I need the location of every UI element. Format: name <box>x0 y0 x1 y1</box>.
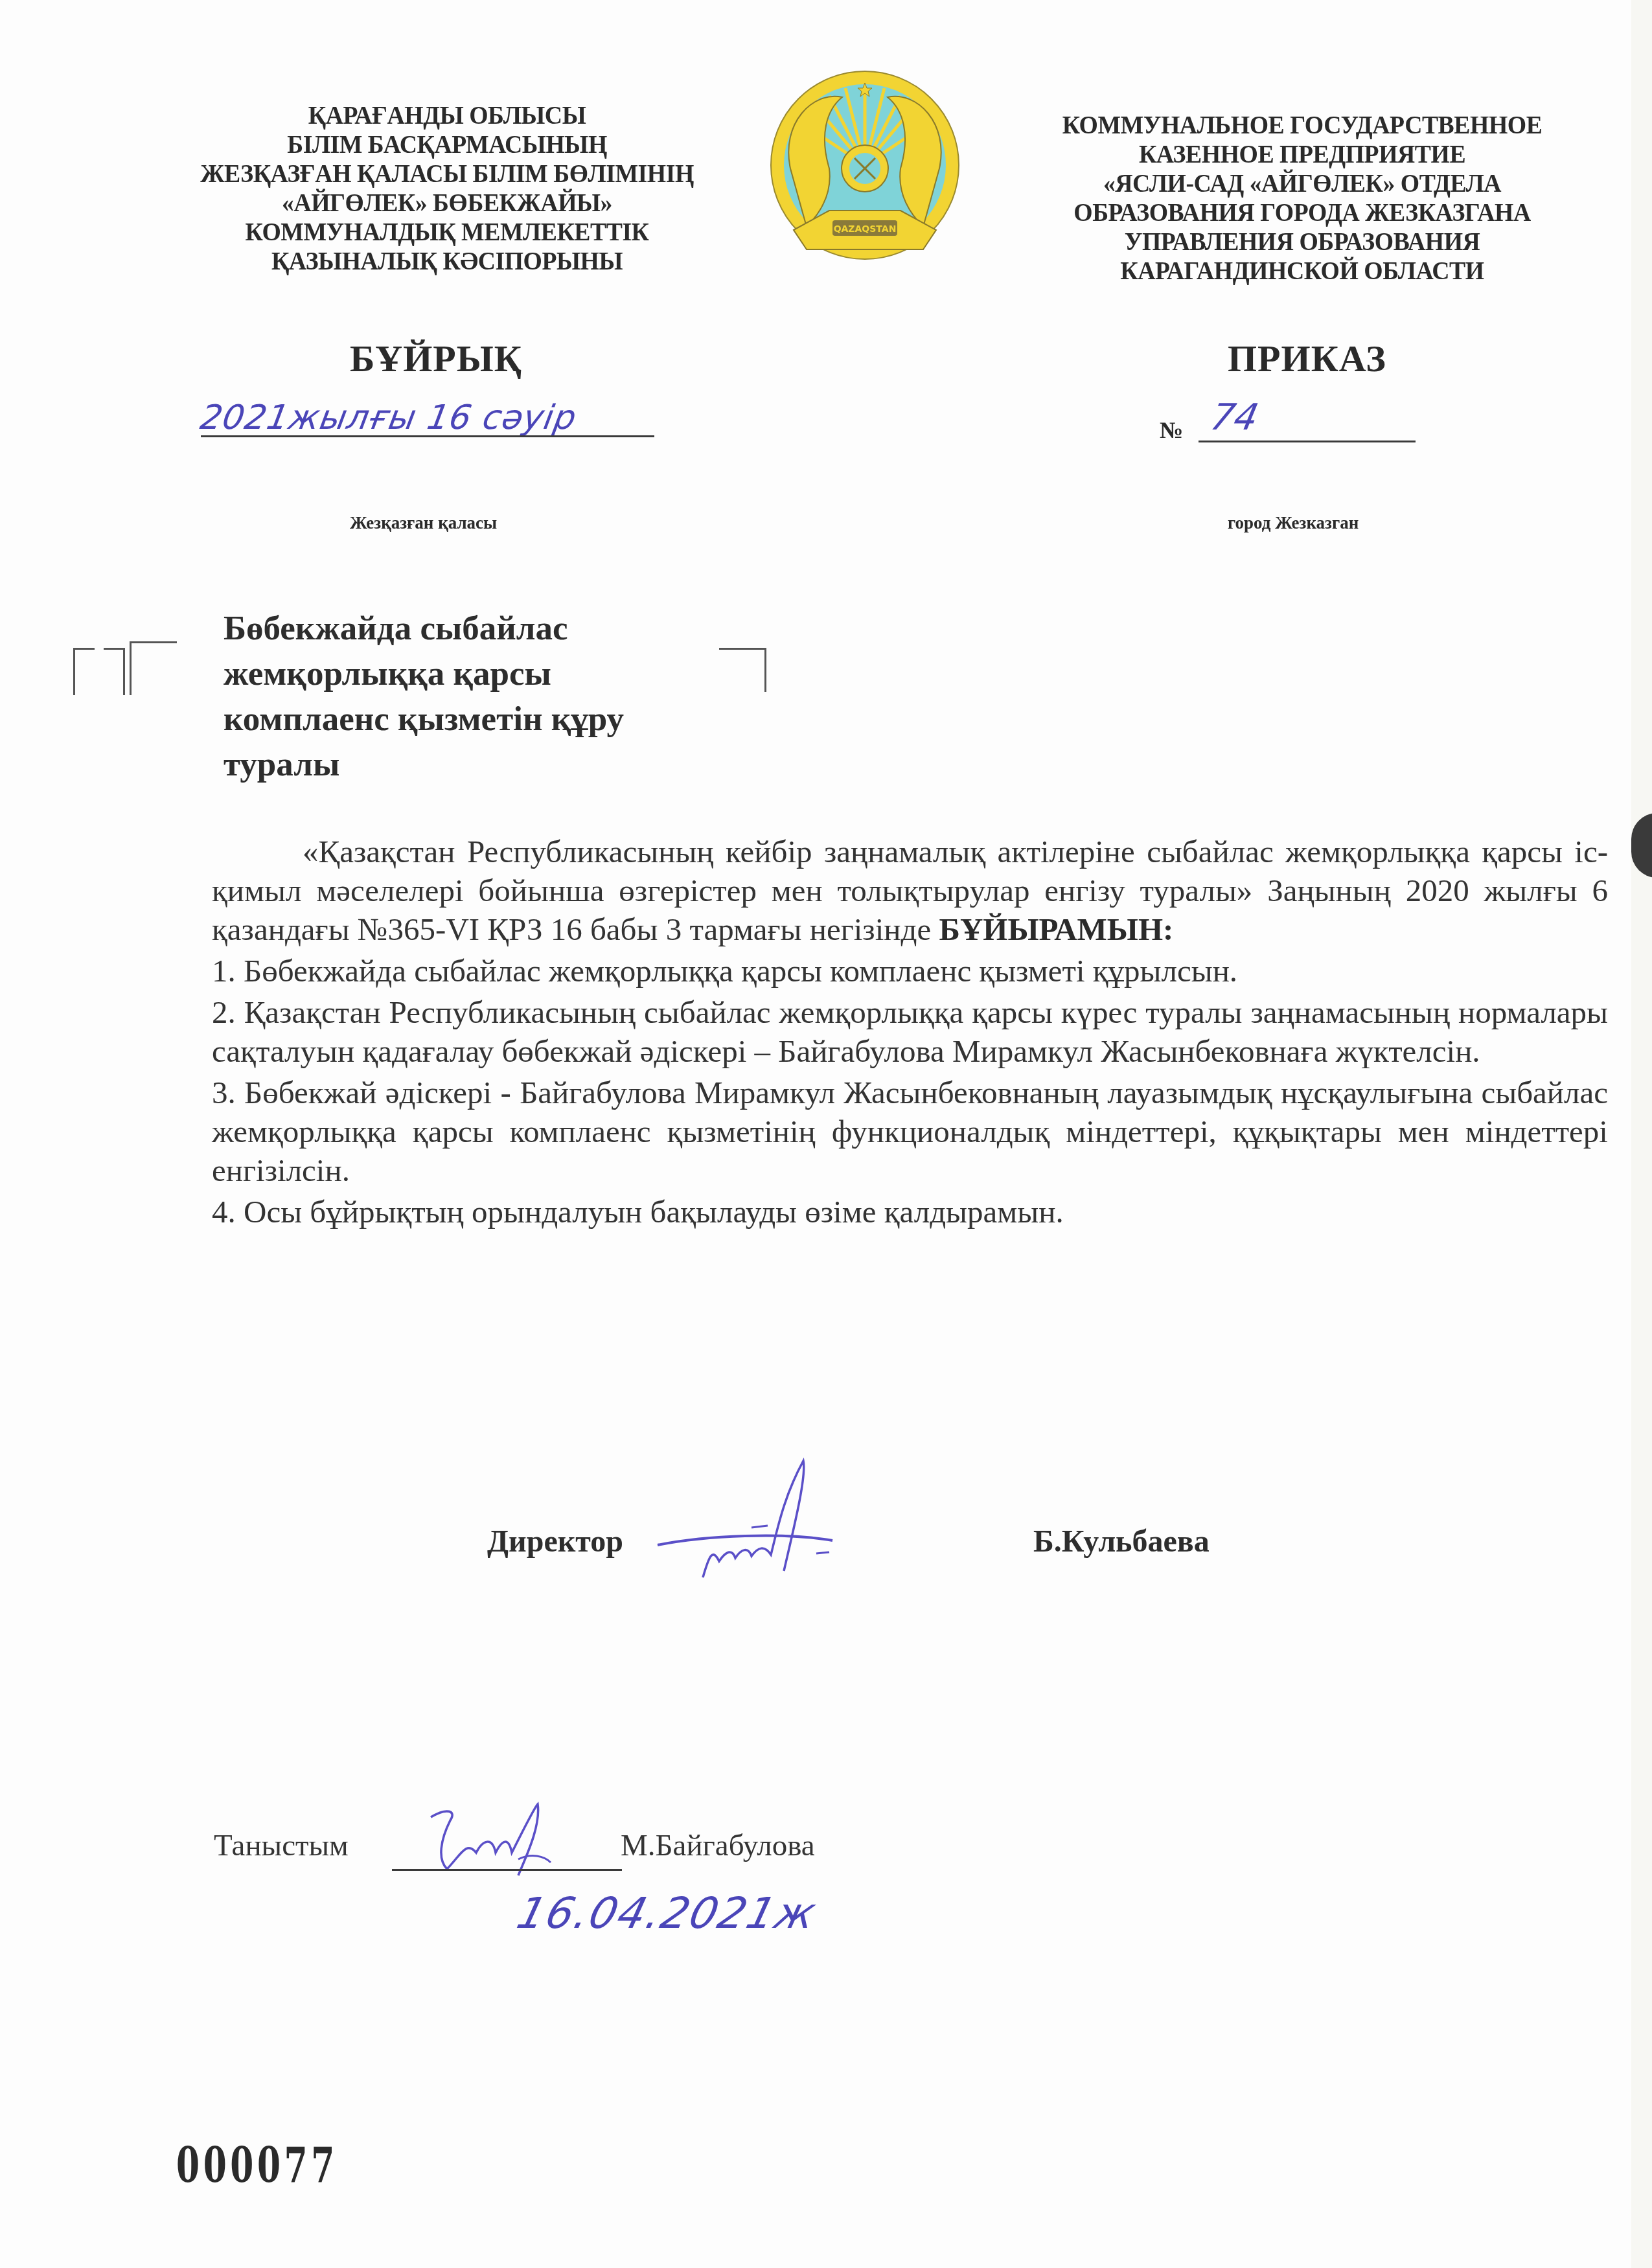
org-header-line: ЖЕЗҚАЗҒАН ҚАЛАСЫ БІЛІМ БӨЛІМІНІҢ <box>179 159 715 188</box>
acknowledgement-underline <box>392 1869 622 1871</box>
org-header-line: БІЛІМ БАСҚАРМАСЫНЫҢ <box>179 130 715 159</box>
org-header-line: КОММУНАЛДЫҚ МЕМЛЕКЕТТІК <box>179 217 715 246</box>
order-item: 3. Бөбекжай әдіскері - Байгабулова Мирам… <box>212 1073 1608 1190</box>
order-subject: Бөбекжайда сыбайлас жемқорлыққа қарсы ко… <box>224 606 755 787</box>
document-title-russian: ПРИКАЗ <box>1228 337 1386 380</box>
order-item: 2. Қазақстан Республикасының сыбайлас же… <box>212 993 1608 1071</box>
acknowledgement-label: Таныстым <box>214 1828 349 1863</box>
form-serial-number: 000077 <box>176 2138 338 2194</box>
number-label: № <box>1160 417 1183 444</box>
city-kazakh: Жезқазған қаласы <box>350 513 497 533</box>
handwritten-order-number: 74 <box>1207 396 1262 439</box>
date-underline <box>201 435 654 437</box>
city-russian: город Жезказган <box>1228 513 1359 533</box>
subject-line: туралы <box>224 742 755 787</box>
subject-bracket-mark <box>130 641 177 695</box>
signatory-name: Б.Кульбаева <box>1033 1524 1210 1559</box>
document-title-kazakh: БҰЙРЫҚ <box>350 337 522 380</box>
org-header-line: УПРАВЛЕНИЯ ОБРАЗОВАНИЯ <box>1034 227 1570 256</box>
subject-bracket-mark <box>104 648 125 695</box>
org-header-line: КОММУНАЛЬНОЕ ГОСУДАРСТВЕННОЕ <box>1034 110 1570 139</box>
subject-line: комплаенс қызметін құру <box>224 696 755 742</box>
order-body: «Қазақстан Республикасының кейбір заңнам… <box>212 832 1608 1231</box>
kazakhstan-state-emblem-icon: QAZAQSTAN <box>768 65 962 272</box>
org-header-line: ҚАЗЫНАЛЫҚ КӘСІПОРЫНЫ <box>179 246 715 275</box>
subject-bracket-mark <box>73 648 95 695</box>
order-word: БҰЙЫРАМЫН: <box>939 911 1173 947</box>
acknowledgement-signature-icon <box>421 1801 602 1879</box>
signatory-position: Директор <box>487 1524 623 1559</box>
acknowledgement-name: М.Байгабулова <box>621 1828 815 1863</box>
acknowledgement-handwritten-date: 16.04.2021ж <box>512 1888 822 1938</box>
director-signature-icon <box>654 1458 888 1581</box>
order-item: 4. Осы бұйрықтың орындалуын бақылауды өз… <box>212 1193 1608 1231</box>
preamble-paragraph: «Қазақстан Республикасының кейбір заңнам… <box>212 832 1608 949</box>
handwritten-date: 2021жылғы 16 сәуір <box>198 398 580 437</box>
org-header-russian: КОММУНАЛЬНОЕ ГОСУДАРСТВЕННОЕ КАЗЕННОЕ ПР… <box>1034 110 1570 285</box>
number-underline <box>1199 441 1416 442</box>
org-header-line: «АЙГӨЛЕК» БӨБЕКЖАЙЫ» <box>179 188 715 217</box>
org-header-line: ҚАРАҒАНДЫ ОБЛЫСЫ <box>179 100 715 130</box>
preamble-text: «Қазақстан Республикасының кейбір заңнам… <box>212 834 1608 947</box>
org-header-line: КАРАГАНДИНСКОЙ ОБЛАСТИ <box>1034 256 1570 285</box>
org-header-line: «ЯСЛИ-САД «АЙГӨЛЕК» ОТДЕЛА <box>1034 168 1570 198</box>
org-header-kazakh: ҚАРАҒАНДЫ ОБЛЫСЫ БІЛІМ БАСҚАРМАСЫНЫҢ ЖЕЗ… <box>179 100 715 275</box>
subject-line: Бөбекжайда сыбайлас <box>224 606 755 651</box>
order-item: 1. Бөбекжайда сыбайлас жемқорлыққа қарсы… <box>212 952 1608 991</box>
scan-edge <box>1631 0 1652 2268</box>
subject-line: жемқорлыққа қарсы <box>224 651 755 696</box>
org-header-line: ОБРАЗОВАНИЯ ГОРОДА ЖЕЗКАЗГАНА <box>1034 198 1570 227</box>
org-header-line: КАЗЕННОЕ ПРЕДПРИЯТИЕ <box>1034 139 1570 168</box>
svg-text:QAZAQSTAN: QAZAQSTAN <box>834 224 897 235</box>
